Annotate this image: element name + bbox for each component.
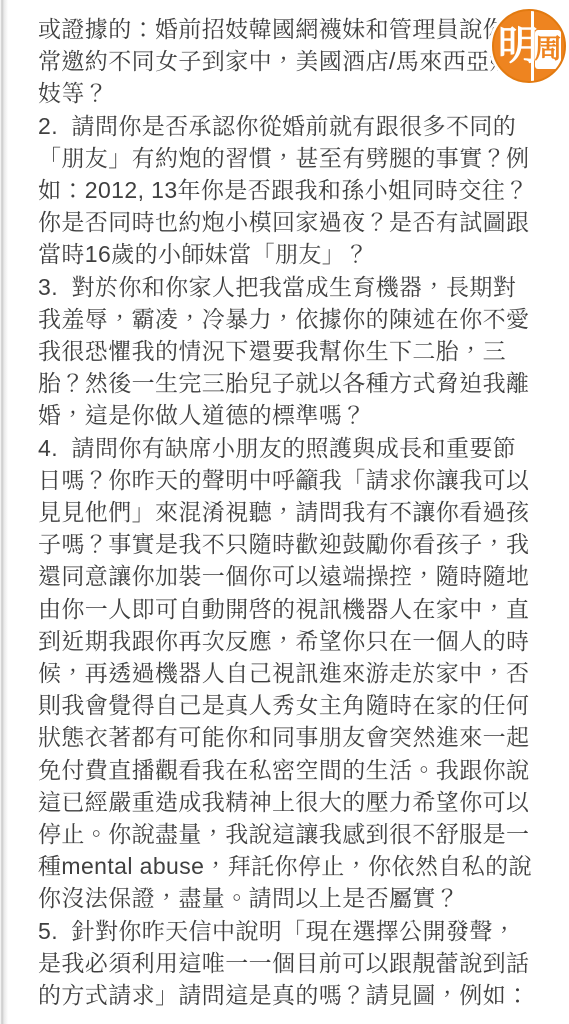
logo-char-ming: 明 — [498, 24, 534, 68]
statement-line: 常邀約不同女子到家中，美國酒店/馬來西亞嫖 — [38, 45, 532, 77]
screenshot-left-edge — [0, 0, 8, 1024]
statement-line: 候，再透過機器人自己視訊進來游走於家中，否 — [38, 657, 532, 689]
statement-line: 到近期我跟你再次反應，希望你只在一個人的時 — [38, 625, 532, 657]
statement-line: 則我會覺得自己是真人秀女主角隨時在家的任何 — [38, 689, 532, 721]
statement-line: 胎？然後一生完三胎兒子就以各種方式脅迫我離 — [38, 367, 532, 399]
statement-line: 這已經嚴重造成我精神上很大的壓力希望你可以 — [38, 786, 532, 818]
statement-line: 當時16歲的小師妹當「朋友」？ — [38, 238, 532, 270]
statement-line: 5. 針對你昨天信中說明「現在選擇公開發聲， — [38, 915, 532, 947]
statement-line: 停止。你說盡量，我說這讓我感到很不舒服是一 — [38, 818, 532, 850]
statement-line: 狀態衣著都有可能你和同事朋友會突然進來一起 — [38, 721, 532, 753]
statement-line: 如：2012, 13年你是否跟我和孫小姐同時交往？ — [38, 174, 532, 206]
statement-line: 還同意讓你加裝一個你可以遠端操控，隨時隨地 — [38, 560, 532, 592]
statement-line: 是我必須利用這唯一一個目前可以跟靚蕾說到話 — [38, 947, 532, 979]
statement-line: 婚，這是你做人道德的標準嗎？ — [38, 399, 532, 431]
statement-line: 免付費直播觀看我在私密空間的生活。我跟你說 — [38, 754, 532, 786]
statement-line: 種mental abuse，拜託你停止，你依然自私的說 — [38, 850, 532, 882]
statement-line: 由你一人即可自動開啓的視訊機器人在家中，直 — [38, 593, 532, 625]
mingpao-weekly-logo: 明 周 — [492, 9, 566, 83]
statement-line: 「朋友」有約炮的習慣，甚至有劈腿的事實？例 — [38, 142, 532, 174]
statement-line: 3. 對於你和你家人把我當成生育機器，長期對 — [38, 271, 532, 303]
statement-line: 2. 請問你是否承認你從婚前就有跟很多不同的 — [38, 110, 532, 142]
statement-screenshot: 或證據的：婚前招妓韓國網襪妹和管理員說你常邀約不同女子到家中，美國酒店/馬來西亞… — [0, 0, 569, 1024]
logo-char-zhou-box: 周 — [535, 30, 561, 69]
statement-line: 你沒法保證，盡量。請問以上是否屬實？ — [38, 882, 532, 914]
statement-line: 的方式請求」請問這是真的嗎？請見圖，例如： — [38, 979, 532, 1011]
statement-line: 子嗎？事實是我不只隨時歡迎鼓勵你看孩子，我 — [38, 528, 532, 560]
statement-line: 或證據的：婚前招妓韓國網襪妹和管理員說你 — [38, 13, 532, 45]
statement-text: 或證據的：婚前招妓韓國網襪妹和管理員說你常邀約不同女子到家中，美國酒店/馬來西亞… — [38, 13, 532, 1011]
statement-line: 見見他們」來混淆視聽，請問我有不讓你看過孩 — [38, 496, 532, 528]
logo-char-zhou: 周 — [535, 36, 562, 63]
statement-line: 我很恐懼我的情況下還要我幫你生下二胎，三 — [38, 335, 532, 367]
statement-line: 日嗎？你昨天的聲明中呼籲我「請求你讓我可以 — [38, 464, 532, 496]
statement-line: 你是否同時也約炮小模回家過夜？是否有試圖跟 — [38, 206, 532, 238]
statement-line: 我羞辱，霸凌，冷暴力，依據你的陳述在你不愛 — [38, 303, 532, 335]
statement-line: 4. 請問你有缺席小朋友的照護與成長和重要節 — [38, 432, 532, 464]
statement-line: 妓等？ — [38, 77, 532, 109]
